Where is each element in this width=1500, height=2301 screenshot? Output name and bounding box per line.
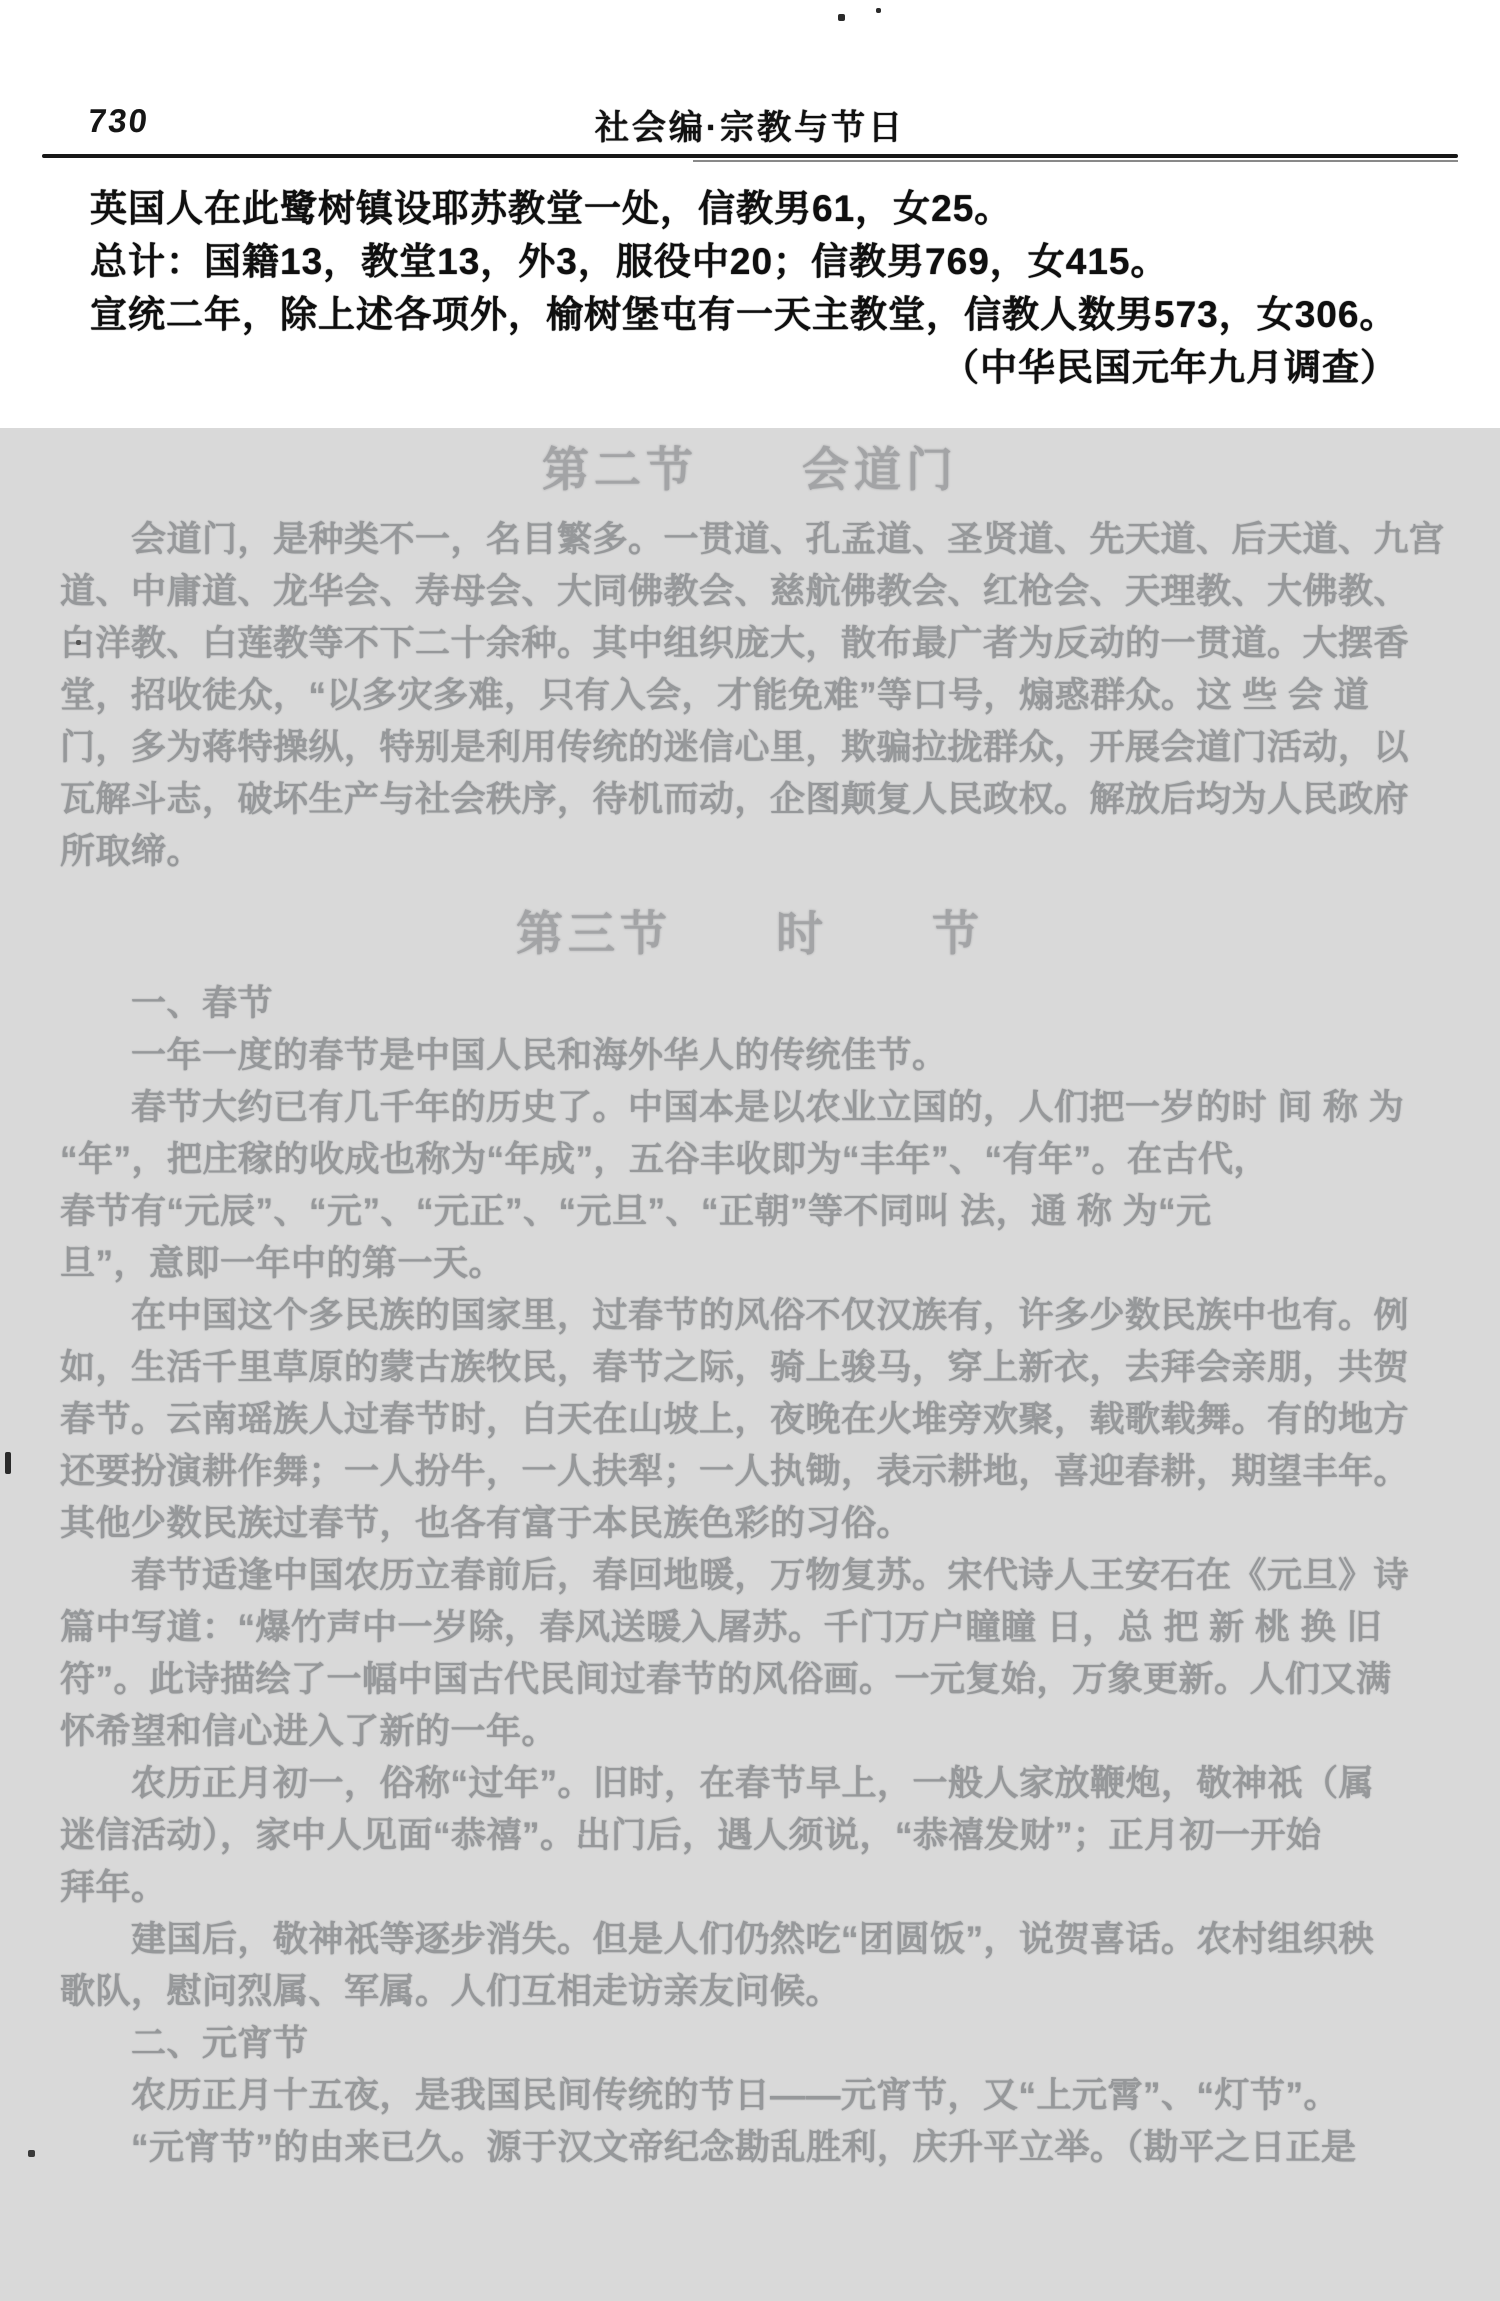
section-3-body: 一、春节 一年一度的春节是中国人民和海外华人的传统佳节。 春节大约已有几千年的历… [60, 978, 1470, 2174]
text-line: 旦”，意即一年中的第一天。 [60, 1238, 1470, 1290]
intro-paragraph: 英国人在此鹭树镇设耶苏教堂一处，信教男61，女25。总计：国籍13，教堂13，外… [90, 182, 1436, 394]
text-line: 瓦解斗志，破坏生产与社会秩序，待机而动，企图颠复人民政权。解放后均为人民政府 [60, 774, 1470, 826]
text-line: 篇中写道：“爆竹声中一岁除，春风送暖入屠苏。千门万户瞳瞳 日，总 把 新 桃 换… [60, 1602, 1470, 1654]
text-line: “元宵节”的由来已久。源于汉文帝纪念勘乱胜利，庆升平立举。（勘平之日正是 [60, 2122, 1470, 2174]
text-line: 堂，招收徒众，“以多灾多难，只有入会，才能免难”等口号，煽惑群众。这 些 会 道 [60, 670, 1470, 722]
text-line: 还要扮演耕作舞；一人扮牛，一人扶犁；一人执锄，表示耕地，喜迎春耕，期望丰年。 [60, 1446, 1470, 1498]
survey-attribution: （中华民国元年九月调查） [90, 341, 1436, 394]
scan-speck [28, 2150, 35, 2157]
text-line: 其他少数民族过春节，也各有富于本民族色彩的习俗。 [60, 1498, 1470, 1550]
text-line: 春节适逢中国农历立春前后，春回地暖，万物复苏。宋代诗人王安石在《元旦》诗 [60, 1550, 1470, 1602]
intro-lines: 英国人在此鹭树镇设耶苏教堂一处，信教男61，女25。总计：国籍13，教堂13，外… [90, 182, 1436, 341]
text-line: 农历正月初一，俗称“过年”。旧时，在春节早上，一般人家放鞭炮，敬神祇（属 [60, 1758, 1470, 1810]
section-2-body: 会道门，是种类不一，名目繁多。一贯道、孔孟道、圣贤道、先天道、后天道、九宫道、中… [60, 514, 1470, 878]
scan-speck [5, 1452, 11, 1474]
text-line: 春节大约已有几千年的历史了。中国本是以农业立国的，人们把一岁的时 间 称 为 [60, 1082, 1470, 1134]
text-line: 二、元宵节 [60, 2018, 1470, 2070]
text-line: 春节有“元辰”、“元”、“元正”、“元旦”、“正朝”等不同叫 法，通 称 为“元 [60, 1186, 1470, 1238]
page-number: 730 [86, 102, 151, 140]
text-line: 在中国这个多民族的国家里，过春节的风俗不仅汉族有，许多少数民族中也有。例 [60, 1290, 1470, 1342]
text-line: 一年一度的春节是中国人民和海外华人的传统佳节。 [60, 1030, 1470, 1082]
text-line: 拜年。 [60, 1862, 1470, 1914]
section-2-title: 第二节 会道门 [0, 440, 1500, 500]
scan-speck [838, 14, 845, 21]
text-line: “年”，把庄稼的收成也称为“年成”，五谷丰收即为“丰年”、“有年”。在古代， [60, 1134, 1470, 1186]
scan-speck [76, 640, 81, 645]
text-line: 会道门，是种类不一，名目繁多。一贯道、孔孟道、圣贤道、先天道、后天道、九宫 [60, 514, 1470, 566]
text-line: 所取缔。 [60, 826, 1470, 878]
text-line: 宣统二年，除上述各项外，榆树堡屯有一天主教堂，信教人数男573，女306。 [90, 288, 1436, 341]
text-line: 农历正月十五夜，是我国民间传统的节日——元宵节，又“上元霄”、“灯节”。 [60, 2070, 1470, 2122]
text-line: 迷信活动），家中人见面“恭禧”。出门后，遇人须说，“恭禧发财”；正月初一开始 [60, 1810, 1470, 1862]
page-header: 730 社会编·宗教与节日 [0, 100, 1500, 146]
text-line: 建国后，敬神祇等逐步消失。但是人们仍然吃“团圆饭”，说贺喜话。农村组织秧 [60, 1914, 1470, 1966]
text-line: 如，生活千里草原的蒙古族牧民，春节之际，骑上骏马，穿上新衣，去拜会亲朋，共贺 [60, 1342, 1470, 1394]
running-header-title: 社会编·宗教与节日 [0, 100, 1500, 149]
text-line: 英国人在此鹭树镇设耶苏教堂一处，信教男61，女25。 [90, 182, 1436, 235]
faded-scan-region: 第二节 会道门 会道门，是种类不一，名目繁多。一贯道、孔孟道、圣贤道、先天道、后… [0, 428, 1500, 2301]
text-line: 总计：国籍13，教堂13，外3，服役中20；信教男769，女415。 [90, 235, 1436, 288]
text-line: 道、中庸道、龙华会、寿母会、大同佛教会、慈航佛教会、红枪会、天理教、大佛教、 [60, 566, 1470, 618]
text-line: 一、春节 [60, 978, 1470, 1030]
text-line: 春节。云南瑶族人过春节时，白天在山坡上，夜晚在火堆旁欢聚，载歌载舞。有的地方 [60, 1394, 1470, 1446]
scanned-book-page: 730 社会编·宗教与节日 英国人在此鹭树镇设耶苏教堂一处，信教男61，女25。… [0, 0, 1500, 2301]
text-line: 白洋教、白莲教等不下二十余种。其中组织庞大，散布最广者为反动的一贯道。大摆香 [60, 618, 1470, 670]
text-line: 门，多为蒋特操纵，特别是利用传统的迷信心里，欺骗拉拢群众，开展会道门活动，以 [60, 722, 1470, 774]
text-line: 符”。此诗描绘了一幅中国古代民间过春节的风俗画。一元复始，万象更新。人们又满 [60, 1654, 1470, 1706]
scan-speck [876, 8, 881, 13]
section-3-title: 第三节 时 节 [0, 904, 1500, 964]
text-line: 怀希望和信心进入了新的一年。 [60, 1706, 1470, 1758]
text-line: 歌队，慰问烈属、军属。人们互相走访亲友问候。 [60, 1966, 1470, 2018]
header-rule [42, 154, 1458, 158]
